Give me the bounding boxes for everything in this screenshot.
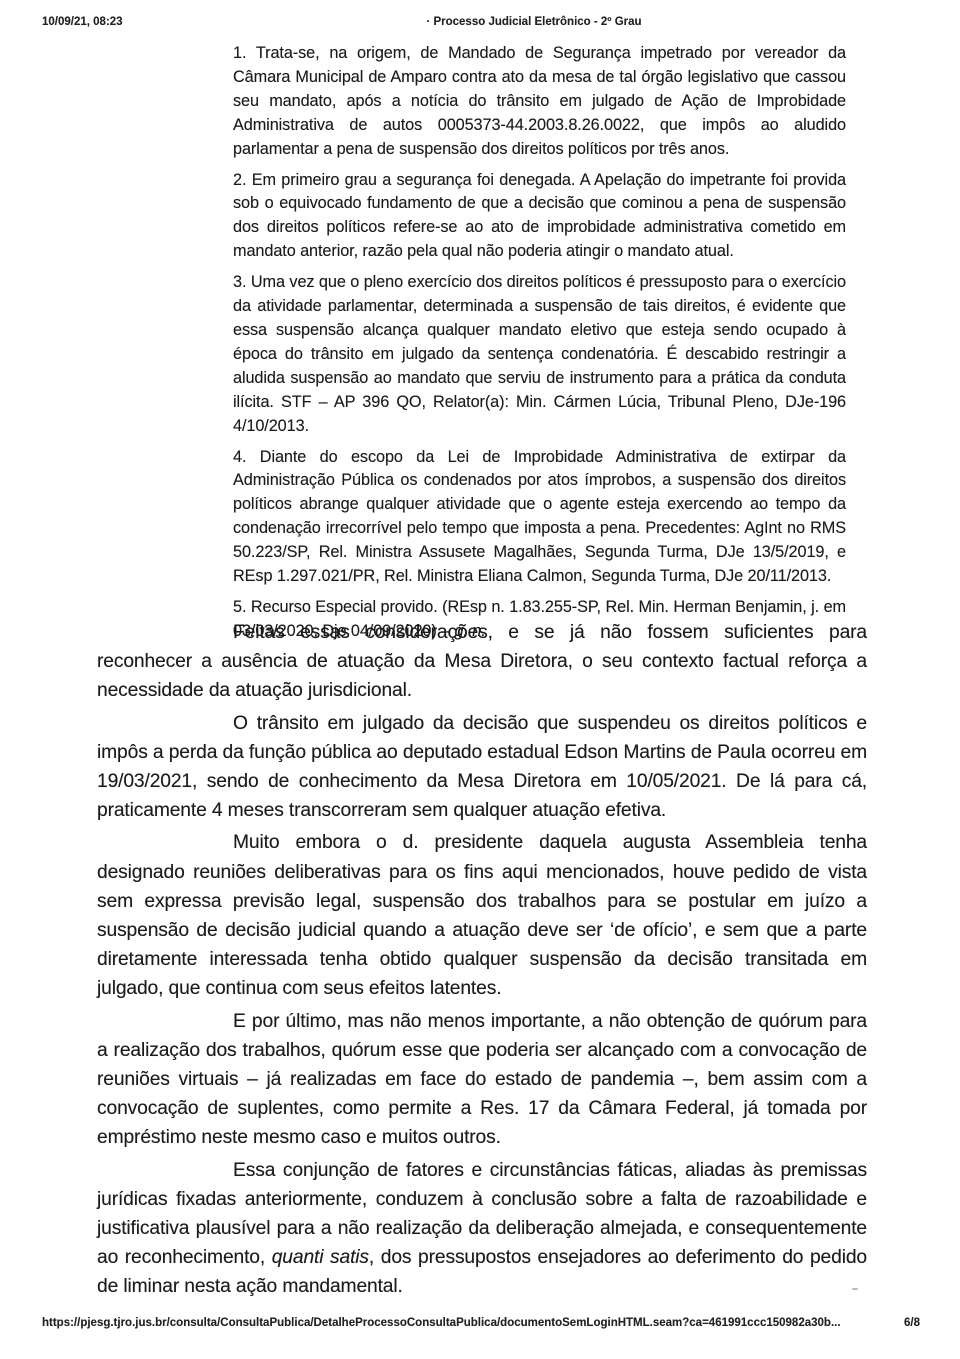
print-datetime: 10/09/21, 08:23	[42, 16, 123, 28]
footer-url: https://pjesg.tjro.jus.br/consulta/Consu…	[42, 1317, 841, 1329]
body-paragraph-3: Muito embora o d. presidente daquela aug…	[97, 828, 867, 1003]
body-paragraph-5: Essa conjunção de fatores e circunstânci…	[97, 1156, 867, 1302]
citation-block: 1. Trata-se, na origem, de Mandado de Se…	[233, 42, 846, 651]
quote-paragraph-1: 1. Trata-se, na origem, de Mandado de Se…	[233, 42, 846, 162]
page-indicator: 6/8	[904, 1317, 920, 1329]
page-header: 10/09/21, 08:23 · Processo Judicial Elet…	[42, 16, 918, 32]
quote-paragraph-4: 4. Diante do escopo da Lei de Improbidad…	[233, 446, 846, 589]
quote-paragraph-3: 3. Uma vez que o pleno exercício dos dir…	[233, 271, 846, 438]
quote-paragraph-2: 2. Em primeiro grau a segurança foi dene…	[233, 169, 846, 265]
body-paragraph-5-italic: quanti satis	[272, 1247, 369, 1268]
page-footer: https://pjesg.tjro.jus.br/consulta/Consu…	[42, 1317, 920, 1329]
scan-artifact-mark	[852, 1288, 858, 1290]
body-paragraph-1: Feitas essas considerações, e se já não …	[97, 618, 867, 706]
document-title: · Processo Judicial Eletrônico - 2º Grau	[426, 16, 641, 28]
body-paragraph-2: O trânsito em julgado da decisão que sus…	[97, 709, 867, 826]
document-body: Feitas essas considerações, e se já não …	[97, 618, 867, 1305]
body-paragraph-4: E por último, mas não menos importante, …	[97, 1007, 867, 1153]
document-page: 10/09/21, 08:23 · Processo Judicial Elet…	[0, 0, 960, 1359]
